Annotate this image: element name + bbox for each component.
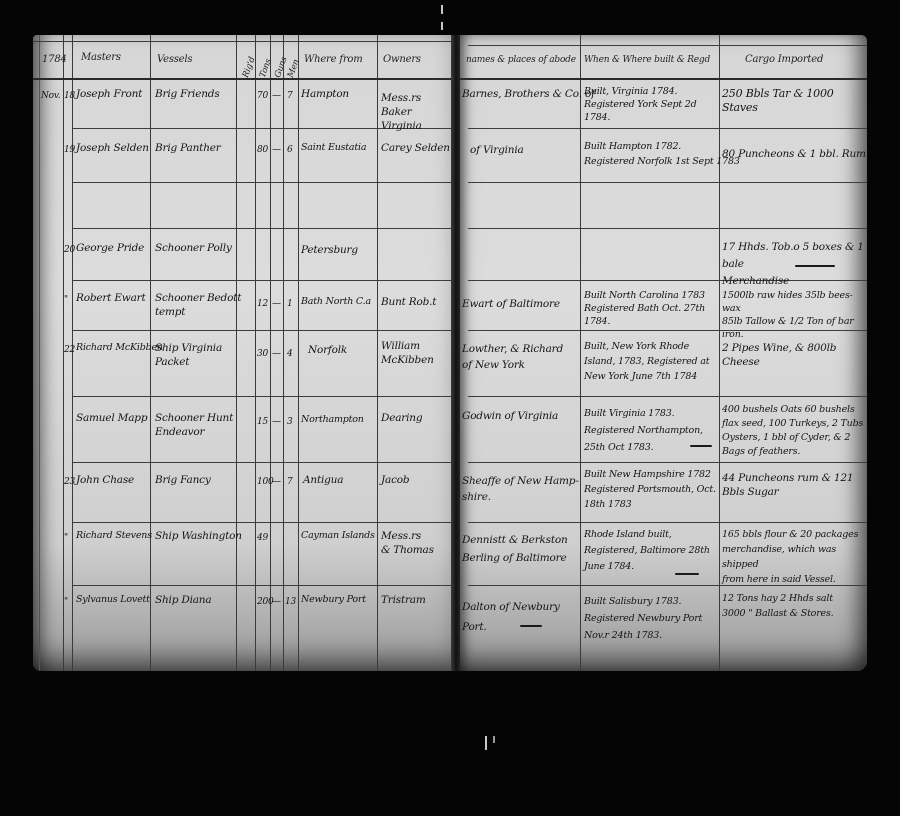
row-owners: William McKibben [381, 339, 434, 367]
row-men: 1 [287, 297, 293, 311]
header-rig: Rig'd [239, 55, 259, 80]
row-where-from: Cayman Islands [301, 529, 375, 543]
row-vessel: Schooner Polly [155, 241, 232, 255]
row-owner-names: Barnes, Brothers & Co. of [462, 87, 595, 101]
row-cargo: 400 bushels Oats 60 bushels flax seed, 1… [722, 403, 863, 459]
row-tons: 30 [257, 347, 268, 361]
row-guns: — [272, 595, 281, 609]
row-day: " [64, 595, 68, 609]
row-cargo: 12 Tons hay 2 Hhds salt 3000 " Ballast &… [722, 591, 833, 621]
row-vessel: Ship Washington [155, 529, 242, 543]
row-owner-names: Dalton of Newbury Port. [462, 597, 560, 637]
header-cargo-imported: Cargo Imported [745, 53, 823, 67]
row-vessel: Ship Virginia Packet [155, 341, 222, 369]
row-built-registered: Built Hampton 1782. Registered Norfolk 1… [584, 139, 740, 169]
header-year: 1784 [42, 53, 67, 67]
row-cargo: 44 Puncheons rum & 121 Bbls Sugar [722, 471, 853, 499]
row-vessel: Schooner Hunt Endeavor [155, 411, 233, 439]
row-owners: Mess.rs Baker Virginia [381, 91, 453, 133]
row-tons: 70 [257, 89, 268, 103]
row-owner-names: Sheaffe of New Hamp- shire. [462, 473, 579, 505]
header-masters: Masters [81, 51, 121, 65]
row-master: Robert Ewart [76, 291, 146, 305]
row-where-from: Norfolk [308, 343, 347, 357]
row-owners: Bunt Rob.t [381, 295, 436, 309]
row-cargo: 80 Puncheons & 1 bbl. Rum [722, 147, 866, 161]
row-owner-names: Ewart of Baltimore [462, 297, 560, 311]
row-where-from: Hampton [301, 87, 349, 101]
row-day: 20 [64, 243, 75, 257]
row-where-from: Newbury Port [301, 593, 366, 607]
row-master: Richard McKibben [76, 341, 163, 355]
row-where-from: Northampton [301, 413, 364, 427]
row-master: Sylvanus Lovett [76, 593, 150, 607]
row-men: 13 [285, 595, 296, 609]
row-master: John Chase [76, 473, 134, 487]
row-built-registered: Built North Carolina 1783 Registered Bat… [584, 289, 705, 328]
row-owner-names: Godwin of Virginia [462, 409, 558, 423]
row-guns: — [272, 475, 281, 489]
header-owner-names: names & places of abode [466, 53, 576, 67]
row-owners: Dearing [381, 411, 422, 425]
row-men: 3 [287, 415, 293, 429]
header-built-registered: When & Where built & Regd [584, 53, 710, 67]
row-men: 7 [287, 89, 293, 103]
row-master: Richard Stevens [76, 529, 152, 543]
row-day: 22 [64, 343, 75, 357]
row-guns: — [272, 89, 281, 103]
row-owner-names: of Virginia [470, 143, 524, 157]
row-tons: 49 [257, 531, 268, 545]
row-owners: Mess.rs & Thomas [381, 529, 434, 557]
row-guns: — [272, 143, 281, 157]
bottom-frame-mark [485, 736, 487, 750]
row-built-registered: Built Virginia 1783. Registered Northamp… [584, 405, 703, 456]
row-day: 23 [64, 475, 75, 489]
right-page: names & places of abode When & Where bui… [460, 35, 867, 671]
row-built-registered: Built, New York Rhode Island, 1783, Regi… [584, 339, 709, 384]
header-where-from: Where from [304, 53, 363, 67]
row-men: 4 [287, 347, 293, 361]
row-cargo: 2 Pipes Wine, & 800lb Cheese [722, 341, 867, 369]
row-day: 18 [64, 89, 75, 103]
row-vessel: Brig Fancy [155, 473, 211, 487]
row-built-registered: Built, Virginia 1784. Registered York Se… [584, 85, 697, 124]
top-frame-mark [441, 22, 443, 30]
row-owners: Carey Selden [381, 141, 450, 155]
row-day: 19 [64, 143, 75, 157]
row-month: Nov. [41, 89, 60, 103]
row-cargo: 1500lb raw hides 35lb bees-wax 85lb Tall… [722, 289, 867, 341]
row-master: Samuel Mapp [76, 411, 147, 425]
row-day: " [64, 531, 68, 545]
row-where-from: Saint Eustatia [301, 141, 366, 155]
bottom-frame-mark [493, 736, 495, 743]
row-cargo: 250 Bbls Tar & 1000 Staves [722, 87, 867, 115]
row-vessel: Brig Panther [155, 141, 221, 155]
row-vessel: Ship Diana [155, 593, 211, 607]
left-page: 1784 Masters Vessels Rig'd Tons Guns Men… [33, 35, 453, 671]
row-vessel: Brig Friends [155, 87, 220, 101]
row-built-registered: Rhode Island built, Registered, Baltimor… [584, 527, 710, 575]
row-guns: — [272, 297, 281, 311]
header-vessels: Vessels [157, 53, 192, 67]
row-tons: 80 [257, 143, 268, 157]
row-men: 7 [287, 475, 293, 489]
row-built-registered: Built New Hampshire 1782 Registered Port… [584, 467, 716, 512]
row-owners: Jacob [381, 473, 409, 487]
row-tons: 15 [257, 415, 268, 429]
row-built-registered: Built Salisbury 1783. Registered Newbury… [584, 593, 702, 644]
row-owner-names: Dennistt & Berkston Berling of Baltimore [462, 531, 568, 567]
top-frame-mark [441, 5, 443, 14]
row-tons: 12 [257, 297, 268, 311]
row-master: George Pride [76, 241, 144, 255]
row-where-from: Petersburg [301, 243, 358, 257]
row-cargo: 165 bbls flour & 20 packages merchandise… [722, 527, 867, 587]
row-guns: — [272, 347, 281, 361]
header-owners: Owners [383, 53, 421, 67]
row-vessel: Schooner Bedott tempt [155, 291, 241, 319]
row-men: 6 [287, 143, 293, 157]
row-day: " [64, 293, 68, 307]
row-master: Joseph Front [76, 87, 142, 101]
row-owners: Tristram [381, 593, 426, 607]
row-where-from: Bath North C.a [301, 295, 371, 309]
row-owner-names: Lowther, & Richard of New York [462, 341, 563, 373]
row-guns: — [272, 415, 281, 429]
row-where-from: Antigua [303, 473, 343, 487]
row-master: Joseph Selden [76, 141, 149, 155]
ledger-book: 1784 Masters Vessels Rig'd Tons Guns Men… [33, 35, 867, 671]
